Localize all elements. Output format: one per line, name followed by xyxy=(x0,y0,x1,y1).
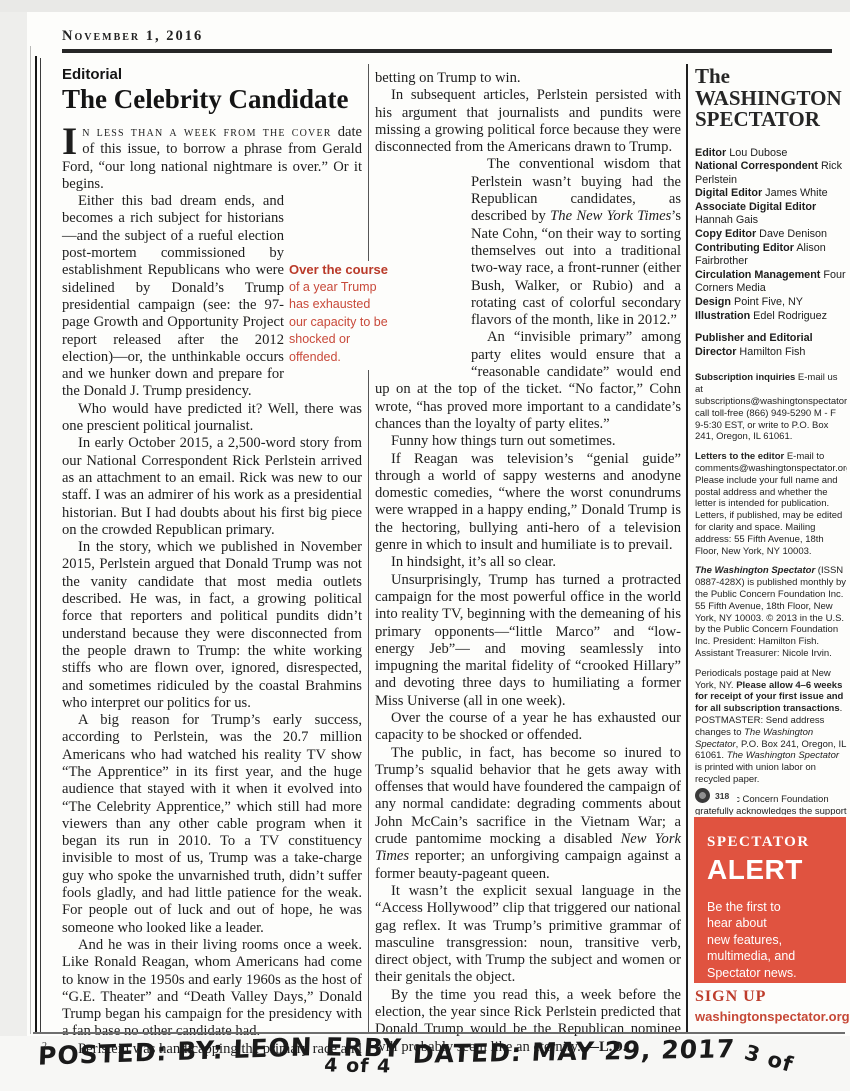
staff-role: Publisher and Editorial Director xyxy=(695,332,813,358)
staff-entry: Circulation Management Four Corners Medi… xyxy=(695,269,847,296)
handwritten-annotation: POSTED: BY: LEON ERBY 4 of 4 DATED: MAY … xyxy=(38,1037,842,1074)
handwriting-name-stack: ERBY 4 of 4 xyxy=(323,1036,402,1075)
alert-body-line: Spectator news. xyxy=(707,965,833,981)
union-bug-row: 318 xyxy=(695,786,737,805)
pull-quote-lead: Over the course xyxy=(289,261,402,279)
date-rule xyxy=(62,49,832,53)
alert-body-line: multimedia, and xyxy=(707,948,833,964)
article-kicker: Editorial xyxy=(62,66,362,83)
handwriting-pages: 4 of 4 xyxy=(323,1058,400,1075)
staff-entry: Publisher and Editorial Director Hamilto… xyxy=(695,332,847,359)
staff-entry: National Correspondent Rick Perlstein xyxy=(695,160,847,187)
staff-entry: Design Point Five, NY xyxy=(695,296,847,310)
handwriting-trailing: 3 of xyxy=(742,1040,796,1077)
body-paragraph: Unsurprisingly, Trump has turned a protr… xyxy=(375,572,681,710)
staff-role: Associate Digital Editor xyxy=(695,201,816,213)
pull-quote-line: our capacity to be xyxy=(289,314,402,332)
handwriting-posted-by: POSTED: BY: LEON xyxy=(38,1032,314,1071)
staff-list: Editor Lou DuboseNational Correspondent … xyxy=(695,147,847,360)
body-paragraph: betting on Trump to win. xyxy=(375,70,681,87)
body-paragraph: If Reagan was television’s “genial guide… xyxy=(375,451,681,555)
handwriting-dated: DATED: MAY 29, 2017 xyxy=(412,1034,736,1069)
publication-title: The WASHINGTON SPECTATOR xyxy=(695,66,847,131)
staff-entry: Contributing Editor Alison Fairbrother xyxy=(695,242,847,269)
staff-role: Copy Editor xyxy=(695,228,756,240)
publication-title-line: The xyxy=(695,66,847,88)
alert-title: ALERT xyxy=(707,854,833,886)
column-rule xyxy=(686,64,688,1034)
staff-entry: Editor Lou Dubose xyxy=(695,147,847,161)
body-paragraph: In less than a week from the cover date … xyxy=(62,124,362,193)
pull-quote-line: of a year Trump xyxy=(289,279,402,297)
staff-role: Contributing Editor xyxy=(695,242,794,254)
staff-role: Digital Editor xyxy=(695,187,762,199)
issue-date: November 1, 2016 xyxy=(62,28,203,45)
body-paragraph: The public, in fact, has become so inure… xyxy=(375,745,681,883)
staff-role: National Correspondent xyxy=(695,160,818,172)
page-edge-line xyxy=(30,46,31,1034)
staff-entry: Digital Editor James White xyxy=(695,187,847,201)
publication-title-line: SPECTATOR xyxy=(695,109,847,131)
pull-quote-body: of a year Trumphas exhaustedour capacity… xyxy=(289,279,402,367)
article-column-1: Editorial The Celebrity Candidate In les… xyxy=(62,66,362,1058)
alert-body: Be the first tohear aboutnew features,mu… xyxy=(707,899,833,981)
pull-quote-line: shocked or offended. xyxy=(289,331,402,366)
signup-url: washingtonspectator.org xyxy=(695,1009,850,1024)
staff-role: Illustration xyxy=(695,310,750,322)
staff-role: Design xyxy=(695,296,731,308)
scanned-page: November 1, 2016 Editorial The Celebrity… xyxy=(0,0,850,1091)
publication-title-line: WASHINGTON xyxy=(695,88,847,110)
alert-kicker: SPECTATOR xyxy=(707,834,833,851)
spectator-alert-box: SPECTATOR ALERT Be the first tohear abou… xyxy=(694,817,846,983)
body-paragraph: Funny how things turn out sometimes. xyxy=(375,433,681,450)
staff-entry: Associate Digital Editor Hannah Gais xyxy=(695,201,847,228)
signup-label: SIGN UP xyxy=(695,988,850,1006)
scan-edge-top xyxy=(0,0,850,12)
body-paragraph: In hindsight, it’s all so clear. xyxy=(375,554,681,571)
staff-entry: Copy Editor Dave Denison xyxy=(695,228,847,242)
article-title: The Celebrity Candidate xyxy=(62,84,362,114)
fine-print-paragraph: The Washington Spectator (ISSN 0887-428X… xyxy=(695,565,847,659)
staff-role: Circulation Management xyxy=(695,269,820,281)
body-paragraph: In the story, which we published in Nove… xyxy=(62,539,362,712)
fine-print-paragraph: Subscription inquiries E-mail us at subs… xyxy=(695,372,847,443)
signup-block: SIGN UP washingtonspectator.org xyxy=(695,988,850,1024)
fine-print-section: Subscription inquiries E-mail us at subs… xyxy=(695,372,847,815)
body-paragraph: Over the course of a year he has exhaust… xyxy=(375,710,681,745)
staff-role: Editor xyxy=(695,147,726,159)
fine-print-paragraph: Periodicals postage paid at New York, NY… xyxy=(695,668,847,786)
alert-body-line: Be the first to xyxy=(707,899,833,915)
alert-body-line: hear about xyxy=(707,915,833,931)
pull-quote: Over the course of a year Trumphas exhau… xyxy=(289,261,402,370)
body-paragraph: In early October 2015, a 2,500-word stor… xyxy=(62,435,362,539)
union-bug-icon xyxy=(695,788,710,803)
fine-print-paragraph: Letters to the editor E-mail to comments… xyxy=(695,451,847,557)
body-paragraph: In subsequent articles, Perlstein persis… xyxy=(375,87,681,156)
page-edge-line xyxy=(40,58,41,1034)
body-paragraph: It wasn’t the explicit sexual language i… xyxy=(375,883,681,987)
body-paragraph: A big reason for Trump’s early success, … xyxy=(62,712,362,937)
body-paragraph: And he was in their living rooms once a … xyxy=(62,937,362,1041)
article-column-2: betting on Trump to win.In subsequent ar… xyxy=(375,70,681,1056)
alert-body-line: new features, xyxy=(707,932,833,948)
body-paragraph: The conventional wisdom that Perlstein w… xyxy=(375,156,681,329)
body-paragraph: Who would have predicted it? Well, there… xyxy=(62,401,362,436)
scan-edge-left xyxy=(0,0,27,1091)
masthead: The WASHINGTON SPECTATOR Editor Lou Dubo… xyxy=(695,66,847,815)
pull-quote-line: has exhausted xyxy=(289,296,402,314)
union-bug-number: 318 xyxy=(715,791,729,801)
page-edge-line xyxy=(35,56,37,1034)
staff-entry: Illustration Edel Rodriguez xyxy=(695,310,847,324)
column-rule xyxy=(368,64,369,1034)
